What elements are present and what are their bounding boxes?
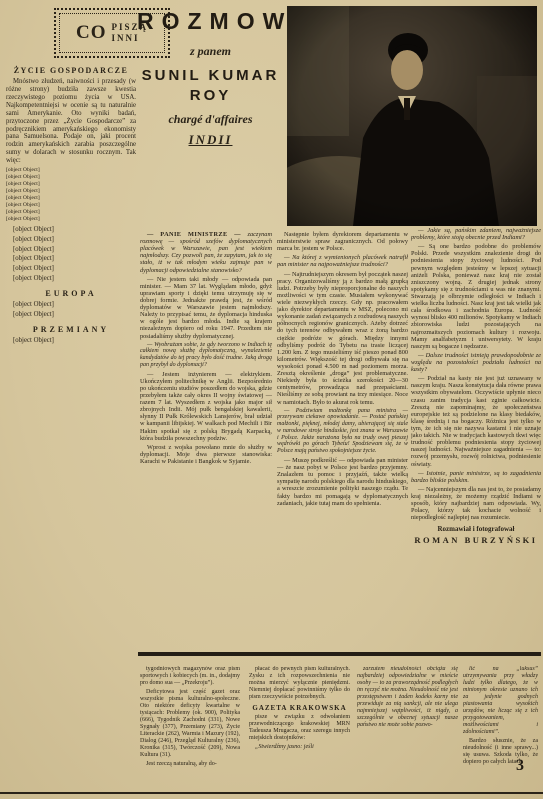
press-column-2: płacać do pewnych pism kulturalnych. Zys… [249, 666, 350, 792]
paragraph: [object Object] [6, 246, 136, 254]
paragraph: [object Object] [6, 337, 136, 345]
byline: Rozmawiał i fotografował ROMAN BURZYŃSKI [411, 526, 541, 546]
byline-author: ROMAN BURZYŃSKI [411, 536, 541, 546]
section-heading-europa: EUROPA [6, 289, 136, 298]
title-role: chargé d'affaires [137, 112, 284, 127]
interview-paragraph: — PANIE MINISTRZE — zaczynam rozmowę — s… [140, 231, 272, 274]
interview-paragraph: — Jestem inżynierem — elektrykiem. Ukońc… [140, 371, 272, 442]
paragraph: [object Object] [6, 265, 136, 273]
interview-paragraph: — Podziwiam małżonkę pana ministra — prz… [277, 408, 408, 455]
logo-text-co: CO [76, 22, 107, 44]
paragraph-text: — Nie jestem taki młody — odpowiada pan … [140, 276, 272, 340]
press-paragraph: lić na „luksus” utrzymywania przy władzy… [463, 666, 538, 736]
income-line: [object Object] [6, 209, 136, 216]
income-line: [object Object] [6, 188, 136, 195]
paragraph-text: zaczynam rozmowę — spośród szefów dyplom… [140, 231, 272, 274]
income-line: [object Object] [6, 195, 136, 202]
page-number: 3 [516, 757, 524, 775]
paragraph-text: — Dalsze trudności istnieją prawdopodobn… [411, 352, 541, 373]
press-paragraph: „Stwierdźmy jasno: jeśli [249, 744, 350, 751]
interview-column-3-body: — Jakie są, pańskim zdaniem, najważniejs… [411, 227, 541, 521]
interview-paragraph: — Najcenniejszym dla nas jest to, że pos… [411, 486, 541, 522]
paragraph-text: Wprost z wojska powołano mnie do służby … [140, 444, 272, 465]
title-name-line2: ROY [137, 87, 284, 104]
paragraph-text: — Najtrudniejszym okresem był początek n… [277, 271, 408, 406]
interview-paragraph: Wprost z wojska powołano mnie do służby … [140, 444, 272, 465]
interview-paragraph: Następnie byłem dyrektorem departamentu … [277, 231, 408, 252]
press-column-1: tygodniowych magazynów oraz pism sportow… [140, 666, 240, 792]
paragraph-text: — Na której z wymienionych placówek natr… [277, 254, 408, 268]
interview-paragraph: — Istotnie, panie ministrze, są to zagad… [411, 470, 541, 484]
income-line: [object Object] [6, 216, 136, 223]
paragraph-intro: Mnóstwo złudzeń, naiwności i przesady (w… [6, 78, 136, 165]
interview-paragraph: — Podział na kasty nie jest już uznawany… [411, 375, 541, 467]
paragraph-text: — Podział na kasty nie jest już uznawany… [411, 375, 541, 467]
income-line: [object Object] [6, 181, 136, 188]
press-paragraph: płacać do pewnych pism kulturalnych. Zys… [249, 666, 350, 701]
paragraph: [object Object] [6, 255, 136, 263]
press-paragraph: tygodniowych magazynów oraz pism sportow… [140, 666, 240, 687]
portrait-photo [287, 6, 537, 226]
paragraph: [object Object] [6, 226, 136, 234]
press-paragraph: Deficytowa jest część gazet oraz wszystk… [140, 689, 240, 759]
byline-label: Rozmawiał i fotografował [411, 526, 541, 534]
title-z-panem: z panem [137, 44, 284, 59]
portrait-photo-graphic [287, 6, 537, 226]
income-line: [object Object] [6, 167, 136, 174]
paragraph-text: — Najcenniejszym dla nas jest to, że pos… [411, 486, 541, 521]
interview-paragraph: — Na której z wymienionych placówek natr… [277, 254, 408, 268]
press-paragraph: Jest rzeczą naturalną, aby do- [140, 761, 240, 768]
left-column-body: [object Object][object Object][object Ob… [6, 226, 136, 283]
income-line: [object Object] [6, 174, 136, 181]
interview-paragraph: — Jakie są, pańskim zdaniem, najważniejs… [411, 227, 541, 241]
paragraph: [object Object] [6, 275, 136, 283]
press-paragraph: pisze w związku z odwołaniem przewodnicz… [249, 714, 350, 742]
press-column-4: lić na „luksus” utrzymywania przy władzy… [463, 666, 538, 772]
paragraph-text: — Wyobrażam sobie, że gdy tworzono w Ind… [140, 342, 272, 368]
interview-paragraph: — Najtrudniejszym okresem był początek n… [277, 271, 408, 406]
interview-paragraph: — Są one bardzo podobne do problemów Pol… [411, 243, 541, 350]
bottom-rule [0, 792, 543, 794]
paragraph-text: — Są one bardzo podobne do problemów Pol… [411, 243, 541, 350]
interview-column-1: — PANIE MINISTRZE — zaczynam rozmowę — s… [140, 231, 272, 651]
paragraph-text: — Istotnie, panie ministrze, są to zagad… [411, 470, 541, 484]
income-distribution-list: [object Object][object Object][object Ob… [6, 167, 136, 223]
press-paragraph: GAZETA KRAKOWSKA [249, 704, 350, 712]
newspaper-page: CO PISZĄ INNI ŻYCIE GOSPODARCZE Mnóstwo … [0, 0, 543, 799]
title-rozmowa: ROZMOWA [137, 8, 292, 35]
left-column: ŻYCIE GOSPODARCZE Mnóstwo złudzeń, naiwn… [6, 60, 136, 797]
title-name-line1: SUNIL KUMAR [137, 67, 284, 84]
paragraph-text: — Podziwiam małżonkę pana ministra — prz… [277, 408, 408, 455]
interview-paragraph: — Wyobrażam sobie, że gdy tworzono w Ind… [140, 342, 272, 369]
section-divider-rule [138, 652, 541, 656]
title-country: INDII [137, 132, 284, 148]
paragraph: [object Object] [6, 301, 136, 309]
paragraph-text: — Jestem inżynierem — elektrykiem. Ukońc… [140, 371, 272, 442]
article-title-block: ROZMOWA z panem SUNIL KUMAR ROY chargé d… [137, 8, 284, 148]
paragraph-text: — Jakie są, pańskim zdaniem, najważniejs… [411, 227, 541, 241]
interview-column-3: — Jakie są, pańskim zdaniem, najważniejs… [411, 227, 541, 657]
paragraph: [object Object] [6, 236, 136, 244]
income-line: [object Object] [6, 202, 136, 209]
paragraph-text: Następnie byłem dyrektorem departamentu … [277, 231, 408, 252]
press-paragraph: zarzutem nieudolności obciąża się najbar… [357, 666, 458, 729]
interview-paragraph: — Nie jestem taki młody — odpowiada pan … [140, 276, 272, 340]
interview-column-2: Następnie byłem dyrektorem departamentu … [277, 231, 408, 651]
paragraph: [object Object] [6, 311, 136, 319]
interview-paragraph: — Dalsze trudności istnieją prawdopodobn… [411, 352, 541, 373]
press-column-3: zarzutem nieudolności obciąża się najbar… [357, 666, 458, 792]
section-heading-zycie-gospodarcze: ŻYCIE GOSPODARCZE [6, 66, 136, 75]
interview-paragraph: — Muszę podkreślić — odpowiada pan minis… [277, 457, 408, 507]
speaker-lead: — PANIE MINISTRZE — [147, 231, 248, 238]
press-paragraph: Bardzo słusznie, że za nieudolność (i in… [463, 738, 538, 766]
paragraph-text: — Muszę podkreślić — odpowiada pan minis… [277, 457, 408, 507]
section-heading-przemiany: PRZEMIANY [6, 325, 136, 334]
europa-body: [object Object][object Object] [6, 301, 136, 319]
przemiany-body: [object Object] [6, 337, 136, 345]
